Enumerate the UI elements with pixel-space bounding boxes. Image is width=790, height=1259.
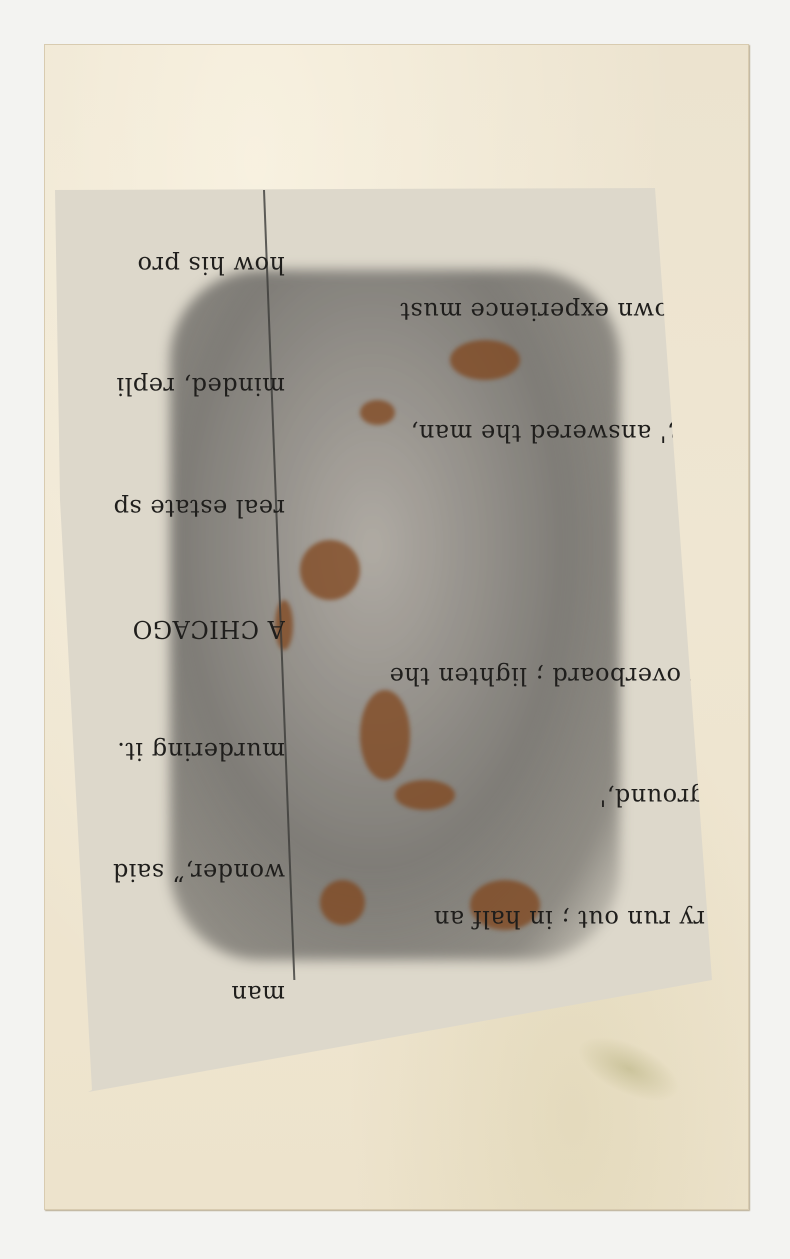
text-line: A CHICAGO xyxy=(60,609,285,650)
text-line: wonder,” said xyxy=(60,852,285,893)
water-stain xyxy=(569,1023,690,1115)
text-line: ur own experience must xyxy=(275,291,705,332)
text-line: ground,' xyxy=(275,777,705,818)
text-line: murdering it. xyxy=(60,731,285,772)
right-column-text: ry run out ; in half an ground,' g overb… xyxy=(275,190,705,1020)
left-column-text: man wonder,” said murdering it. A CHICAG… xyxy=(60,190,285,1095)
text-line: man xyxy=(60,974,285,1015)
text-line: ry run out ; in half an xyxy=(275,899,705,940)
text-line: how his pro xyxy=(60,245,285,286)
text-line: minded, repli xyxy=(60,366,285,407)
text-line: g overboard ; lighten the xyxy=(275,656,705,697)
text-line: two, and thre xyxy=(60,2,285,43)
text-line: sir,' answered the man, xyxy=(275,413,705,454)
text-line: real estate sp xyxy=(60,488,285,529)
text-line xyxy=(275,534,705,575)
